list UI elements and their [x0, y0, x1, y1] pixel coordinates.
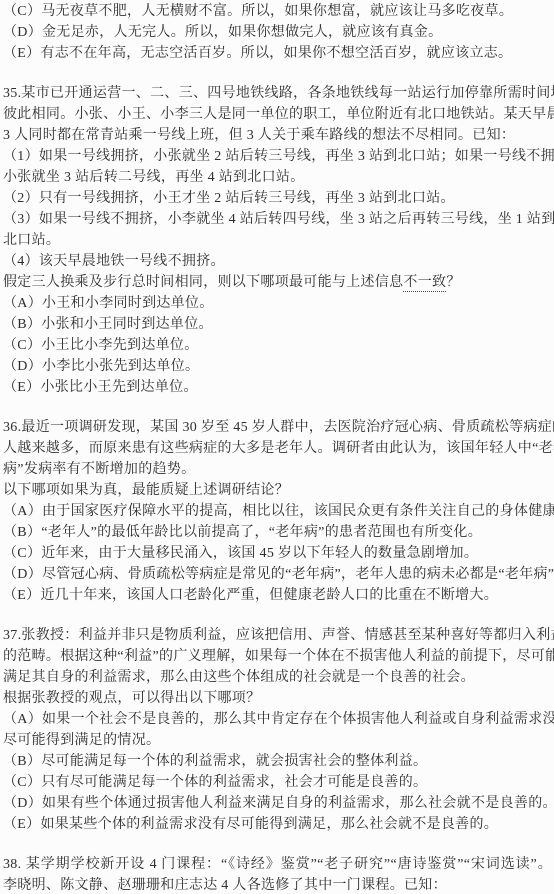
option-line: （B）小张和小王同时到达单位。: [3, 314, 552, 335]
condition-line: （4）该天早晨地铁一号线不拥挤。: [3, 251, 552, 272]
option-line: （D）如果有些个体通过损害他人利益来满足自身的利益需求，那么社会就不是良善的。: [3, 793, 552, 814]
question-stem-line: 病”发病率有不断增加的趋势。: [3, 459, 552, 480]
option-line: （C）近年来，由于大量移民涌入，该国 45 岁以下年轻人的数量急剧增加。: [3, 543, 552, 564]
question-prompt-line: 根据张教授的观点，可以得出以下哪项？: [3, 688, 552, 709]
question-stem-line: 李晓明、陈文静、赵珊珊和庄志达 4 人各选修了其中一门课程。已知：: [3, 875, 552, 894]
prior-question-options: （C）马无夜草不肥，人无横财不富。所以，如果你想富，就应该让马多吃夜草。（D）金…: [3, 1, 552, 64]
question-stem-line: 人越来越多，而原来患有这些病症的大多是老年人。调研者由此认为，该国年轻人中“老年: [3, 438, 552, 459]
option-line: （E）小张比小王先到达单位。: [3, 377, 552, 398]
option-line: （C）只有尽可能满足每一个体的利益需求，社会才可能是良善的。: [3, 772, 552, 793]
option-line: （A）小王和小李同时到达单位。: [3, 293, 552, 314]
question-stem-line: 35.某市已开通运营一、二、三、四号地铁线路，各条地铁线每一站运行加停靠所需时间…: [3, 83, 552, 104]
underlined-phrase: 不一致: [403, 275, 446, 292]
question-stem-line: 36.最近一项调研发现，某国 30 岁至 45 岁人群中，去医院治疗冠心病、骨质…: [3, 417, 552, 438]
condition-line: 北口站。: [3, 230, 552, 251]
question-stem-line: 37.张教授：利益并非只是物质利益，应该把信用、声誉、情感甚至某种喜好等都归入利…: [3, 625, 552, 646]
option-line: （B）尽可能满足每一个体的利益需求，就会损害社会的整体利益。: [3, 751, 552, 772]
option-line: （B）“老年人”的最低年龄比以前提高了，“老年病”的患者范围也有所变化。: [3, 522, 552, 543]
option-line: （A）由于国家医疗保障水平的提高，相比以往，该国民众更有条件关注自己的身体健康。: [3, 501, 552, 522]
question-prompt-line: 假定三人换乘及步行总时间相同，则以下哪项最可能与上述信息不一致？: [3, 272, 552, 293]
question-prompt-line: 以下哪项如果为真，最能质疑上述调研结论？: [3, 480, 552, 501]
condition-line: （2）只有一号线拥挤，小王才坐 2 站后转三号线，再坐 3 站到北口站。: [3, 188, 552, 209]
option-line: （D）金无足赤，人无完人。所以，如果你想做完人，就应该有真金。: [3, 22, 552, 43]
question-35: 35.某市已开通运营一、二、三、四号地铁线路，各条地铁线每一站运行加停靠所需时间…: [3, 83, 552, 398]
prompt-text: ？: [446, 275, 460, 290]
option-line: （A）如果一个社会不是良善的，那么其中肯定存在个体损害他人利益或自身利益需求没有: [3, 709, 552, 730]
option-line: （E）有志不在年高，无志空活百岁。所以，如果你不想空活百岁，就应该立志。: [3, 43, 552, 64]
question-37: 37.张教授：利益并非只是物质利益，应该把信用、声誉、情感甚至某种喜好等都归入利…: [3, 625, 552, 835]
option-line: （D）小李比小张先到达单位。: [3, 356, 552, 377]
question-stem-line: 3 人同时都在常青站乘一号线上班，但 3 人关于乘车路线的想法不尽相同。已知：: [3, 125, 552, 146]
option-line: （C）马无夜草不肥，人无横财不富。所以，如果你想富，就应该让马多吃夜草。: [3, 1, 552, 22]
prompt-text: 假定三人换乘及步行总时间相同，则以下哪项最可能与上述信息: [3, 275, 403, 290]
condition-line: （1）如果一号线拥挤，小张就坐 2 站后转三号线，再坐 3 站到北口站；如果一号…: [3, 146, 552, 167]
option-line: 尽可能得到满足的情况。: [3, 730, 552, 751]
option-line: （C）小王比小李先到达单位。: [3, 335, 552, 356]
question-stem-line: 满足其自身的利益需求，那么由这些个体组成的社会就是一个良善的社会。: [3, 667, 552, 688]
question-36: 36.最近一项调研发现，某国 30 岁至 45 岁人群中，去医院治疗冠心病、骨质…: [3, 417, 552, 606]
option-line: （D）尽管冠心病、骨质疏松等病症是常见的“老年病”，老年人患的病未必都是“老年病…: [3, 564, 552, 585]
question-stem-line: 38. 某学期学校新开设 4 门课程：“《诗经》鉴赏”“老子研究”“唐诗鉴赏”“…: [3, 854, 552, 875]
question-stem-line: 彼此相同。小张、小王、小李三人是同一单位的职工，单位附近有北口地铁站。某天早晨，: [3, 104, 552, 125]
document-page: （C）马无夜草不肥，人无横财不富。所以，如果你想富，就应该让马多吃夜草。（D）金…: [0, 0, 554, 894]
condition-line: 小张就坐 3 站后转二号线，再坐 4 站到北口站。: [3, 167, 552, 188]
question-stem-line: 的范畴。根据这种“利益”的广义理解，如果每一个体在不损害他人利益的前提下，尽可能: [3, 646, 552, 667]
question-38: 38. 某学期学校新开设 4 门课程：“《诗经》鉴赏”“老子研究”“唐诗鉴赏”“…: [3, 854, 552, 894]
option-line: （E）如果某些个体的利益需求没有尽可能得到满足，那么社会就不是良善的。: [3, 814, 552, 835]
option-line: （E）近几十年来，该国人口老龄化严重，但健康老龄人口的比重在不断增大。: [3, 585, 552, 606]
condition-line: （3）如果一号线不拥挤，小李就坐 4 站后转四号线，坐 3 站之后再转三号线，坐…: [3, 209, 552, 230]
